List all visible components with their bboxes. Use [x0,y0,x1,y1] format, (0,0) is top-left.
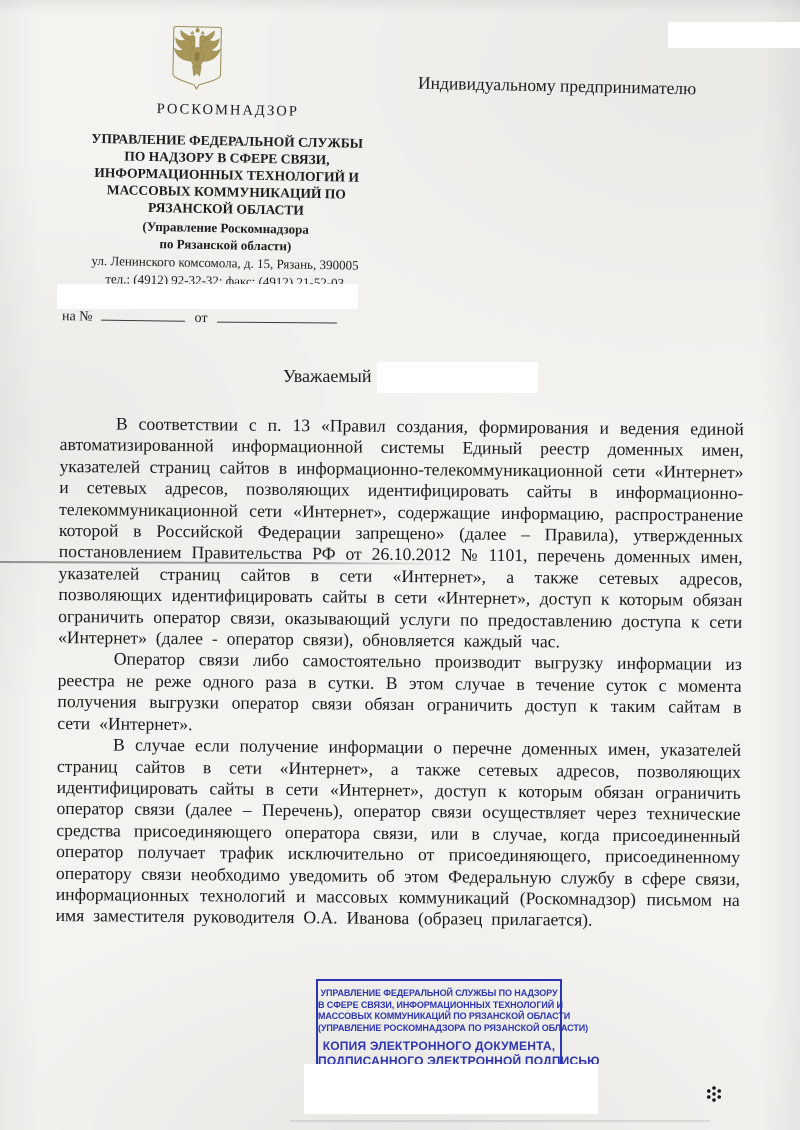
paragraph-3: В случае если получение информации о пер… [56,734,742,933]
coat-of-arms-icon [167,24,226,95]
letterhead: РОСКОМНАДЗОР УПРАВЛЕНИЕ ФЕДЕРАЛЬНОЙ СЛУЖ… [42,99,410,309]
salutation: Уважаемый [283,366,372,387]
agency-short-name: РОСКОМНАДЗОР [46,99,410,123]
letter-body: В соответствии с п. 13 «Правил создания,… [56,413,744,933]
redaction-box-stamp-bottom [304,1064,598,1114]
stamp-header-line: УПРАВЛЕНИЕ ФЕДЕРАЛЬНОЙ СЛУЖБЫ ПО НАДЗОРУ [318,988,560,1000]
date-label: от [194,311,207,326]
agency-full-name: УПРАВЛЕНИЕ ФЕДЕРАЛЬНОЙ СЛУЖБЫ ПО НАДЗОРУ… [44,129,409,221]
redaction-box-reference [57,284,358,309]
paragraph-2: Оператор связи либо самостоятельно произ… [57,648,742,740]
redaction-box-name [377,362,538,393]
reference-number-line: на №от [62,306,337,329]
paragraph-1: В соответствии с п. 13 «Правил создания,… [58,413,744,654]
stamp-header-line: (УПРАВЛЕНИЕ РОСКОМНАДЗОРА ПО РЯЗАНСКОЙ О… [318,1023,560,1035]
scanned-letter-page: РОСКОМНАДЗОР УПРАВЛЕНИЕ ФЕДЕРАЛЬНОЙ СЛУЖ… [0,0,800,1130]
stamp-copy-line: КОПИЯ ЭЛЕКТРОННОГО ДОКУМЕНТА, [318,1039,560,1054]
recipient-line: Индивидуальному предпринимателю [418,73,748,101]
stamp-header-line: МАССОВЫХ КОММУНИКАЦИЙ ПО РЯЗАНСКОЙ ОБЛАС… [318,1011,560,1023]
na-number-label: на № [62,309,93,324]
dotted-asterisk-icon [703,1083,725,1105]
date-blank-line [216,309,336,324]
agency-alt-name: (Управление Роскомнадзора по Рязанской о… [43,217,408,257]
scan-crease-line [290,1120,710,1122]
stamp-header-line: В СФЕРЕ СВЯЗИ, ИНФОРМАЦИОННЫХ ТЕХНОЛОГИЙ… [318,1000,560,1012]
redaction-box-top-right [668,22,800,48]
